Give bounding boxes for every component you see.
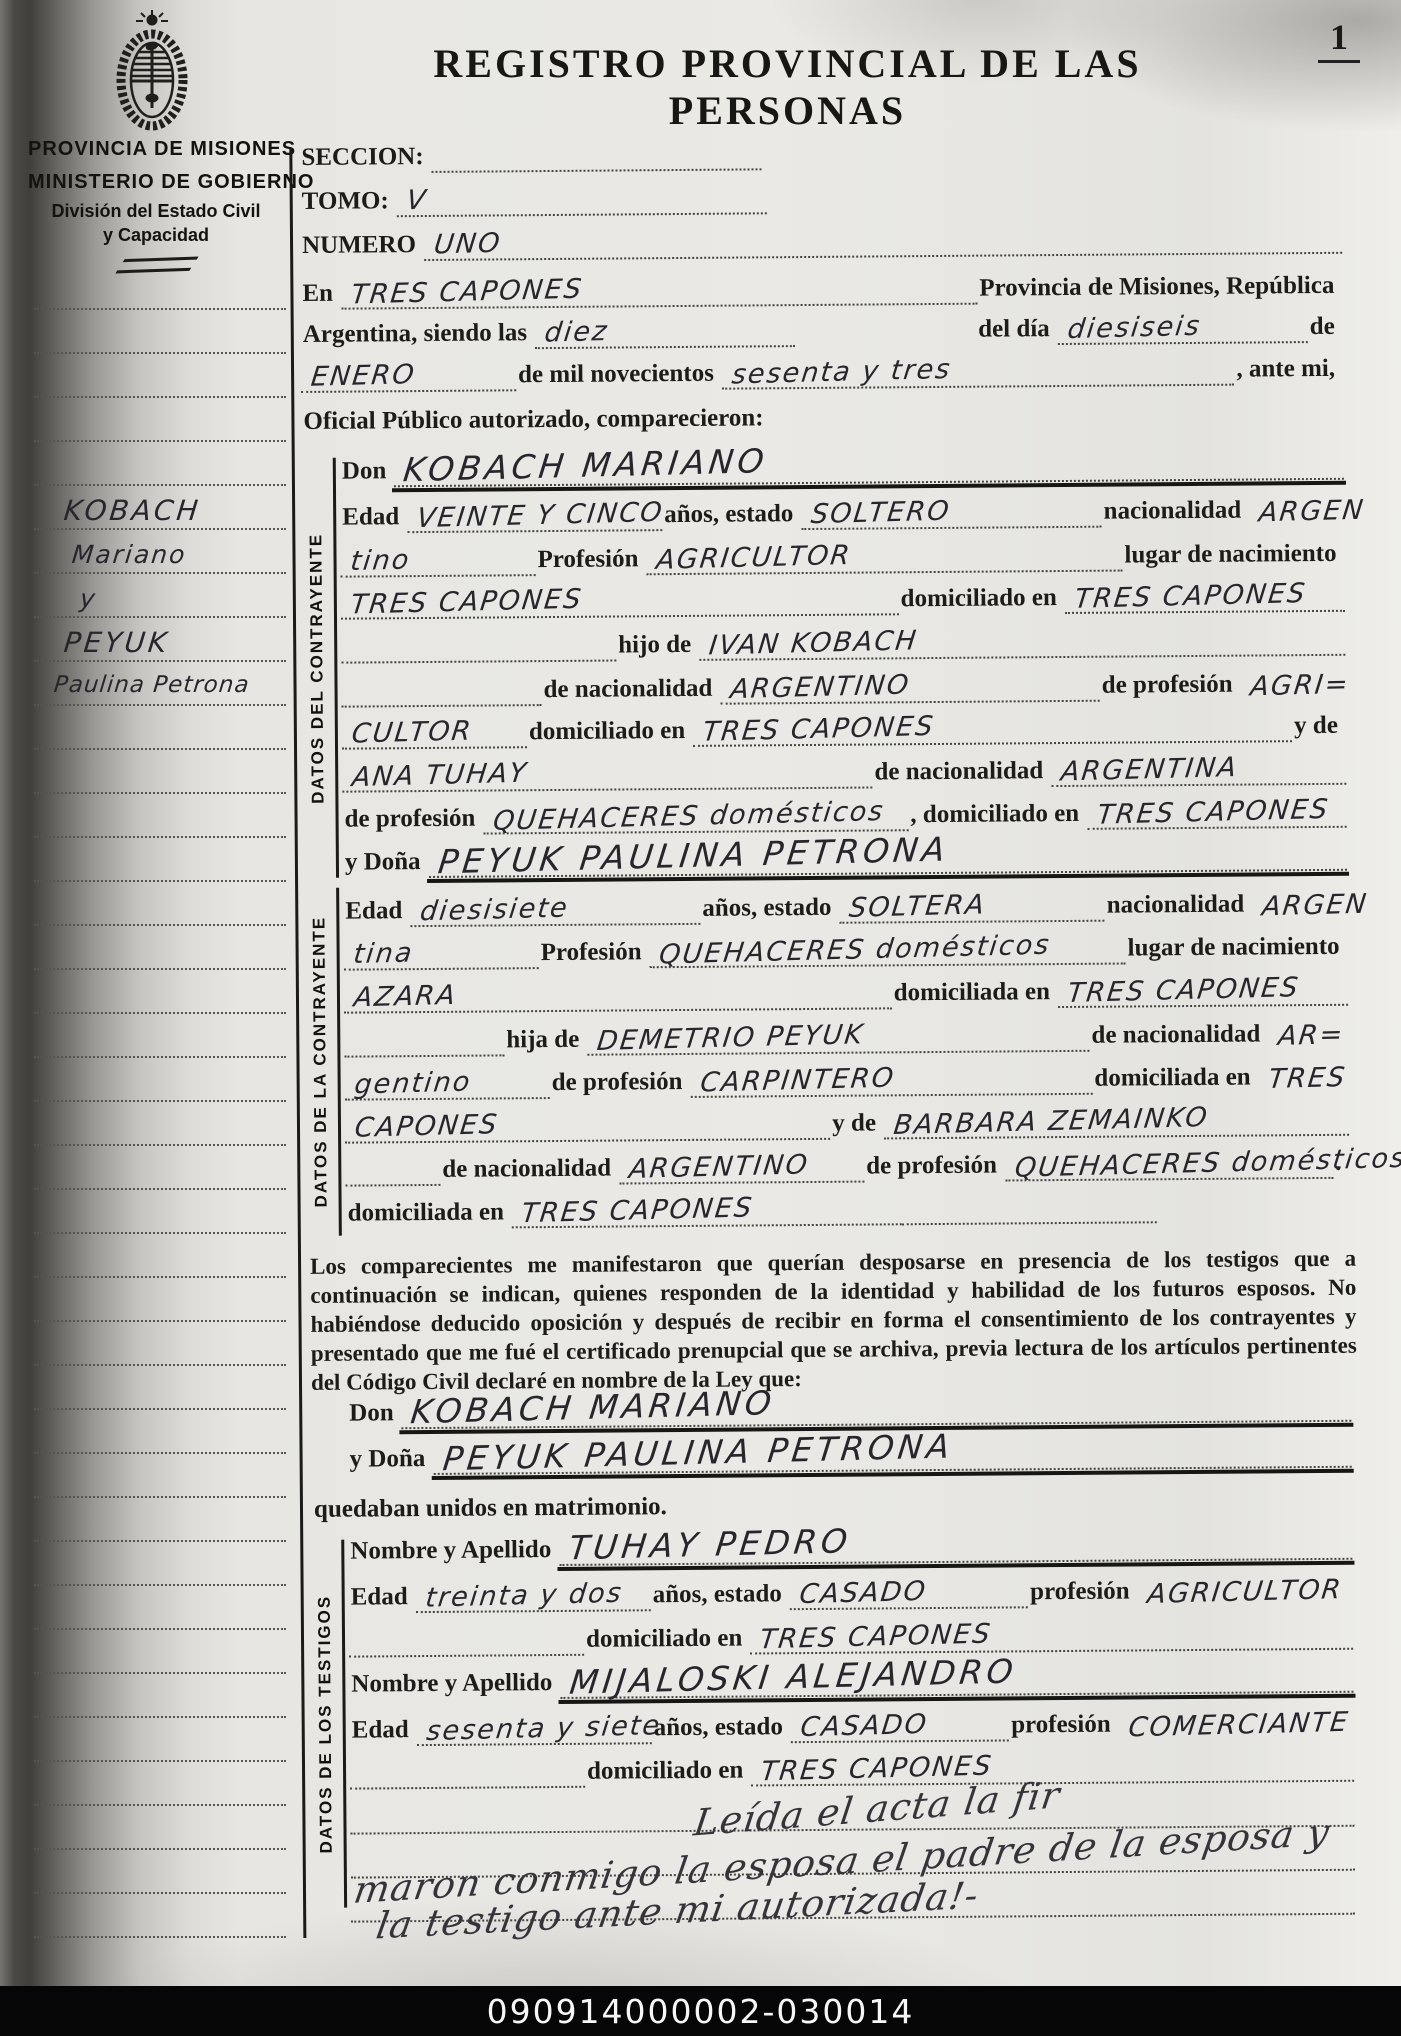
row-tomo: TOMO: V — [300, 172, 1342, 218]
groom-padre-prof-line-a: AGRI= — [1240, 672, 1345, 701]
groom-padre-nac-value: ARGENTINO — [719, 671, 916, 704]
groom-padre-dom-value: TRES CAPONES — [691, 713, 940, 747]
groom-domicilio-value: TRES CAPONES — [1063, 580, 1312, 614]
row-bride-padre-prof: gentino de profesión CARPINTERO domicili… — [344, 1055, 1348, 1101]
form-body: DATOS DEL CONTRAYENTE DATOS DE LA CONTRA… — [0, 0, 1401, 2036]
bride-madre-nac-indent-line — [345, 1184, 440, 1187]
witness1-edad-label: Edad — [349, 1584, 416, 1614]
groom-y-de-label: y de — [1292, 713, 1346, 743]
bride-padre-dom-value-a: TRES — [1257, 1064, 1352, 1094]
groom-madre-value: ANA TUHAY — [340, 760, 533, 793]
row-bride-madre-dom: domiciliada en TRES CAPONES — [346, 1184, 1350, 1230]
groom-nacionalidad-value-a: ARGEN — [1247, 497, 1370, 528]
union-statement: quedaban unidos en matrimonio. — [312, 1494, 675, 1526]
groom-edad-value: VEINTE Y CINCO — [405, 499, 669, 534]
bride-edad-line: diesisiete — [410, 895, 700, 927]
row-groom-madre: ANA TUHAY de nacionalidad ARGENTINA — [342, 747, 1346, 793]
groom-profesion-value: AGRICULTOR — [645, 542, 857, 575]
witness1-domicilio-value: TRES CAPONES — [748, 1620, 997, 1654]
hora-line: diez — [535, 317, 795, 349]
bride-madre-nac-value: ARGENTINO — [617, 1151, 814, 1184]
witness2-name-line: MIJALOSKI ALEJANDRO — [560, 1656, 1353, 1699]
groom-madre-prof-label: de profesión — [342, 805, 483, 835]
bride-lugar-nac-value: AZARA — [342, 982, 462, 1013]
bride-padre-nac-line-b: gentino — [345, 1069, 550, 1101]
witness2-profesion-value: COMERCIANTE — [1117, 1709, 1355, 1743]
groom-estado-label: años, estado — [662, 501, 801, 531]
bride-padre-prof-value: CARPINTERO — [689, 1064, 901, 1097]
bride-lugar-nac-label: lugar de nacimiento — [1125, 934, 1347, 965]
declaration-paragraph: Los comparecientes me manifestaron que q… — [310, 1244, 1357, 1397]
groom-domiciliado-label: domiciliado en — [899, 585, 1065, 616]
seccion-line — [432, 168, 762, 173]
union-don-label: Don — [347, 1400, 402, 1430]
dia-line: diesiseis — [1058, 313, 1308, 345]
groom-padre-line: IVAN KOBACH — [699, 626, 1345, 661]
groom-padre-value: IVAN KOBACH — [697, 627, 923, 661]
bride-nacionalidad-cont-line: tina — [344, 939, 539, 971]
groom-padre-dom-line: TRES CAPONES — [693, 712, 1292, 747]
groom-padre-prof-value-a: AGRI= — [1239, 671, 1355, 702]
groom-profesion-label: Profesión — [535, 546, 646, 576]
groom-name-value: KOBACH MARIANO — [392, 444, 774, 489]
groom-madre-prof-value: QUEHACERES domésticos — [481, 798, 890, 836]
en-label: En — [300, 280, 341, 310]
bride-padre-value: DEMETRIO PEYUK — [585, 1021, 869, 1056]
bride-madre-dom-value: TRES CAPONES — [510, 1194, 759, 1228]
section-label-bride: DATOS DE LA CONTRAYENTE — [309, 916, 331, 1208]
section-strip-bride: DATOS DE LA CONTRAYENTE — [302, 888, 342, 1236]
bride-profesion-label: Profesión — [539, 939, 650, 969]
bride-nacionalidad-label: nacionalidad — [1105, 891, 1253, 921]
row-union-groom: Don KOBACH MARIANO — [347, 1384, 1351, 1430]
novecientos-label: de mil novecientos — [516, 360, 722, 391]
bride-lugar-nac-line: AZARA — [344, 979, 892, 1013]
groom-nacionalidad-value-b: tino — [339, 546, 416, 576]
bride-y-de-label: y de — [830, 1110, 884, 1140]
tomo-value: V — [395, 187, 433, 216]
bride-profesion-line: QUEHACERES domésticos — [649, 935, 1125, 969]
row-witness2-domicilio: domiciliado en TRES CAPONES — [350, 1744, 1354, 1790]
lugar-line: TRES CAPONES — [341, 275, 978, 310]
witness1-name-line: TUHAY PEDRO — [559, 1523, 1352, 1566]
union-groom-line: KOBACH MARIANO — [402, 1385, 1352, 1429]
tomo-line: V — [397, 184, 767, 217]
groom-name-line: KOBACH MARIANO — [394, 443, 1344, 487]
bride-nacionalidad-line: ARGEN — [1252, 892, 1347, 921]
groom-estado-value: SOLTERO — [800, 497, 957, 529]
bride-estado-line: SOLTERA — [839, 892, 1104, 924]
witness2-domiciliado-label: domiciliado en — [585, 1757, 751, 1788]
groom-padre-nac-line: ARGENTINO — [720, 672, 1100, 705]
groom-nacionalidad-label: nacionalidad — [1102, 497, 1250, 527]
groom-padre-indent-line — [341, 660, 616, 664]
witness2-dom-indent-line — [350, 1786, 585, 1790]
groom-padre-prof-value-b: CULTOR — [340, 717, 478, 748]
tomo-label: TOMO: — [300, 188, 397, 218]
groom-nacionalidad-cont-line: tino — [340, 546, 535, 578]
bride-madre-nac-label: de nacionalidad — [440, 1155, 619, 1186]
witness1-name-value: TUHAY PEDRO — [557, 1524, 857, 1567]
bride-padre-nac-value-b: gentino — [343, 1068, 477, 1099]
groom-lugar-nac-label: lugar de nacimiento — [1122, 541, 1344, 572]
groom-padre-prof-line-b: CULTOR — [342, 718, 527, 749]
row-bride-padre: hija de DEMETRIO PEYUK de nacionalidad A… — [344, 1012, 1348, 1058]
witness1-profesion-label: profesión — [1028, 1578, 1138, 1608]
dia-value: diesiseis — [1056, 313, 1207, 345]
bride-name-line: PEYUK PAULINA PETRONA — [428, 834, 1347, 878]
row-witness2-edad: Edad sesenta y siete años, estado CASADO… — [350, 1701, 1354, 1747]
barcode-number: 090914000002-030014 — [487, 1992, 915, 2031]
row-groom-padre: hijo de IVAN KOBACH — [341, 618, 1345, 664]
union-bride-value: PEYUK PAULINA PETRONA — [431, 1429, 959, 1477]
bride-padre-nac-value-a: AR= — [1267, 1021, 1350, 1051]
numero-value: UNO — [422, 230, 507, 260]
union-dona-label: y Doña — [348, 1446, 434, 1476]
row-groom-profesion: tino Profesión AGRICULTOR lugar de nacim… — [340, 532, 1344, 578]
witness2-edad-label: Edad — [350, 1717, 417, 1747]
numero-line: UNO — [424, 224, 1342, 261]
witness2-edad-value: sesenta y siete — [415, 1712, 667, 1746]
bride-madre-nac-line: ARGENTINO — [619, 1153, 864, 1185]
ante-mi-label: , ante mi, — [1234, 356, 1343, 386]
groom-estado-line: SOLTERO — [801, 498, 1101, 530]
row-mes-anio: ENERO de mil novecientos sesenta y tres … — [301, 347, 1343, 393]
groom-madre-prof-line: QUEHACERES domésticos — [483, 801, 908, 834]
groom-madre-nac-label: de nacionalidad — [872, 758, 1051, 789]
bride-padre-dom-value-b: CAPONES — [343, 1111, 504, 1143]
row-oficial: Oficial Público autorizado, compareciero… — [301, 392, 1343, 438]
bride-padre-dom-line-a: TRES — [1259, 1065, 1349, 1094]
groom-madre-nac-value: ARGENTINA — [1049, 754, 1243, 787]
bride-madre-dom-line: TRES CAPONES — [512, 1195, 902, 1228]
row-bride-name: y Doña PEYUK PAULINA PETRONA — [343, 833, 1347, 879]
row-seccion: SECCION: — [299, 128, 1341, 174]
witness2-profesion-label: profesión — [1009, 1711, 1119, 1741]
witness1-edad-line: treinta y dos — [416, 1581, 651, 1613]
bride-edad-value: diesisiete — [409, 894, 575, 926]
witness2-estado-value: CASADO — [789, 1711, 934, 1743]
witness1-estado-value: CASADO — [788, 1578, 933, 1610]
row-bride-profesion: tina Profesión QUEHACERES domésticos lug… — [343, 925, 1347, 971]
bride-padre-prof-line: CARPINTERO — [690, 1065, 1092, 1098]
bride-name-value: PEYUK PAULINA PETRONA — [426, 832, 954, 880]
groom-edad-label: Edad — [340, 504, 407, 534]
row-groom-padre-nac: de nacionalidad ARGENTINO de profesión A… — [341, 662, 1345, 708]
row-groom-name: Don KOBACH MARIANO — [340, 442, 1344, 488]
bride-madre-prof-label: de profesión — [864, 1152, 1005, 1182]
mes-line: ENERO — [301, 361, 516, 393]
bride-nacionalidad-value-a: ARGEN — [1251, 891, 1374, 922]
groom-edad-line: VEINTE Y CINCO — [407, 501, 662, 533]
del-dia-label: del día — [976, 316, 1058, 346]
bride-padre-nac-label: de nacionalidad — [1089, 1021, 1268, 1052]
lugar-value: TRES CAPONES — [339, 276, 588, 310]
scanned-registry-page: REGISTRO PROVINCIAL DE LAS PERSONAS 1 — [0, 0, 1401, 2036]
bride-domicilio-value: TRES CAPONES — [1056, 974, 1305, 1008]
groom-padre-nac-indent-line — [342, 704, 542, 708]
witness1-profesion-value: AGRICULTOR — [1136, 1576, 1348, 1609]
bride-padre-prof-label: de profesión — [550, 1069, 691, 1099]
witness1-nombre-label: Nombre y Apellido — [348, 1537, 559, 1568]
groom-profesion-line: AGRICULTOR — [646, 542, 1122, 576]
row-bride-domicilio: AZARA domiciliada en TRES CAPONES — [344, 968, 1348, 1014]
bride-padre-indent-line — [344, 1054, 504, 1057]
bride-hija-de-label: hija de — [504, 1026, 587, 1056]
bride-padre-dom-line-b: CAPONES — [345, 1110, 830, 1144]
bride-edad-label: Edad — [343, 898, 410, 928]
row-witness1-edad: Edad treinta y dos años, estado CASADO p… — [349, 1568, 1353, 1614]
anio-value: sesenta y tres — [720, 356, 957, 390]
bride-domiciliada-label: domiciliada en — [892, 979, 1058, 1010]
row-hora-dia: Argentina, siendo las diez del día diesi… — [301, 305, 1343, 351]
witness1-edad-value: treinta y dos — [414, 1580, 629, 1613]
groom-madre-dom-line: TRES CAPONES — [1087, 798, 1347, 830]
witness2-estado-label: años, estado — [652, 1714, 791, 1744]
section-label-groom: DATOS DEL CONTRAYENTE — [306, 532, 328, 803]
row-bride-edad: Edad diesisiete años, estado SOLTERA nac… — [343, 882, 1347, 928]
numero-label: NUMERO — [300, 232, 424, 262]
bride-estado-label: años, estado — [700, 895, 839, 925]
row-groom-madre-prof: de profesión QUEHACERES domésticos , dom… — [342, 790, 1346, 836]
groom-madre-line: ANA TUHAY — [342, 758, 872, 792]
anio-line: sesenta y tres — [722, 356, 1235, 390]
witness2-name-value: MIJALOSKI ALEJANDRO — [558, 1654, 1023, 1701]
row-groom-domicilio: TRES CAPONES domiciliado en TRES CAPONES — [341, 574, 1345, 620]
de-label: de — [1308, 314, 1343, 344]
row-groom-padre-dom: CULTOR domiciliado en TRES CAPONES y de — [342, 704, 1346, 750]
row-bride-madre: CAPONES y de BARBARA ZEMAINKO — [345, 1098, 1349, 1144]
witness1-domicilio-line: TRES CAPONES — [750, 1620, 1353, 1655]
bride-madre-prof-line: QUEHACERES domésticos — [1005, 1149, 1333, 1182]
hora-gap — [795, 346, 976, 347]
groom-madre-dom-value: TRES CAPONES — [1085, 796, 1334, 830]
groom-madre-nac-line: ARGENTINA — [1051, 755, 1346, 787]
union-bride-line: PEYUK PAULINA PETRONA — [433, 1431, 1352, 1475]
bride-padre-nac-line-a: AR= — [1268, 1022, 1348, 1051]
witness2-profesion-line: COMERCIANTE — [1119, 1711, 1354, 1741]
dona-label: y Doña — [343, 849, 429, 879]
witness1-domiciliado-label: domiciliado en — [584, 1625, 750, 1656]
section-label-witnesses: DATOS DE LOS TESTIGOS — [315, 1594, 337, 1853]
bride-profesion-value: QUEHACERES domésticos — [648, 932, 1057, 970]
groom-lugar-nac-value: TRES CAPONES — [339, 586, 588, 620]
bride-nacionalidad-value-b: tina — [342, 939, 419, 969]
mes-value: ENERO — [299, 361, 421, 392]
bride-domicilio-line: TRES CAPONES — [1058, 976, 1348, 1008]
union-groom-value: KOBACH MARIANO — [399, 1386, 781, 1431]
row-bride-madre-nac: de nacionalidad ARGENTINO de profesión Q… — [345, 1141, 1349, 1187]
row-numero: NUMERO UNO — [300, 216, 1342, 262]
bride-madre-dom-label: domiciliada en — [346, 1199, 512, 1230]
row-lugar: En TRES CAPONES Provincia de Misiones, R… — [300, 264, 1342, 310]
bride-madre-line: BARBARA ZEMAINKO — [884, 1106, 1349, 1140]
row-groom-edad: Edad VEINTE Y CINCO años, estado SOLTERO… — [340, 488, 1344, 534]
row-witness1-domicilio: domiciliado en TRES CAPONES — [349, 1612, 1353, 1658]
groom-lugar-nac-line: TRES CAPONES — [341, 585, 899, 619]
groom-nacionalidad-line: ARGEN — [1249, 498, 1344, 527]
oficial-label: Oficial Público autorizado, compareciero… — [301, 405, 771, 438]
bride-madre-value: BARBARA ZEMAINKO — [882, 1104, 1214, 1140]
section-strip-witnesses: DATOS DE LOS TESTIGOS — [307, 1540, 347, 1908]
bride-estado-value: SOLTERA — [838, 891, 992, 923]
seccion-label: SECCION: — [299, 144, 431, 174]
row-union-statement: quedaban unidos en matrimonio. — [312, 1480, 1352, 1526]
bride-madre-dom-line-tail — [902, 1221, 1157, 1225]
witness1-dom-indent-line — [349, 1654, 584, 1658]
row-witness1-name: Nombre y Apellido TUHAY PEDRO — [348, 1522, 1352, 1568]
bride-padre-dom-label: domiciliada en — [1092, 1064, 1258, 1095]
witness2-nombre-label: Nombre y Apellido — [349, 1670, 560, 1701]
groom-padre-dom-label: domiciliado en — [527, 718, 693, 749]
row-witness2-name: Nombre y Apellido MIJALOSKI ALEJANDRO — [349, 1655, 1353, 1701]
witness1-estado-label: años, estado — [651, 1581, 790, 1611]
bride-padre-line: DEMETRIO PEYUK — [587, 1022, 1089, 1056]
witness2-edad-line: sesenta y siete — [417, 1714, 652, 1746]
don-label: Don — [340, 458, 395, 488]
groom-padre-nac-label: de nacionalidad — [541, 675, 720, 706]
provincia-label: Provincia de Misiones, República — [977, 273, 1342, 305]
scanner-footer-bar: 090914000002-030014 — [0, 1986, 1401, 2036]
hora-value: diez — [533, 318, 614, 348]
witness1-profesion-line: AGRICULTOR — [1138, 1578, 1353, 1608]
row-union-bride: y Doña PEYUK PAULINA PETRONA — [347, 1430, 1351, 1476]
section-strip-groom: DATOS DEL CONTRAYENTE — [299, 458, 339, 878]
siendo-las-label: Argentina, siendo las — [301, 320, 536, 351]
groom-padre-prof-label: de profesión — [1100, 671, 1241, 701]
groom-domicilio-line: TRES CAPONES — [1065, 582, 1345, 614]
witness2-estado-line: CASADO — [791, 1711, 1009, 1743]
groom-hijo-de-label: hijo de — [616, 632, 699, 662]
witness1-estado-line: CASADO — [790, 1578, 1028, 1610]
groom-madre-dom-label: , domiciliado en — [908, 801, 1087, 832]
